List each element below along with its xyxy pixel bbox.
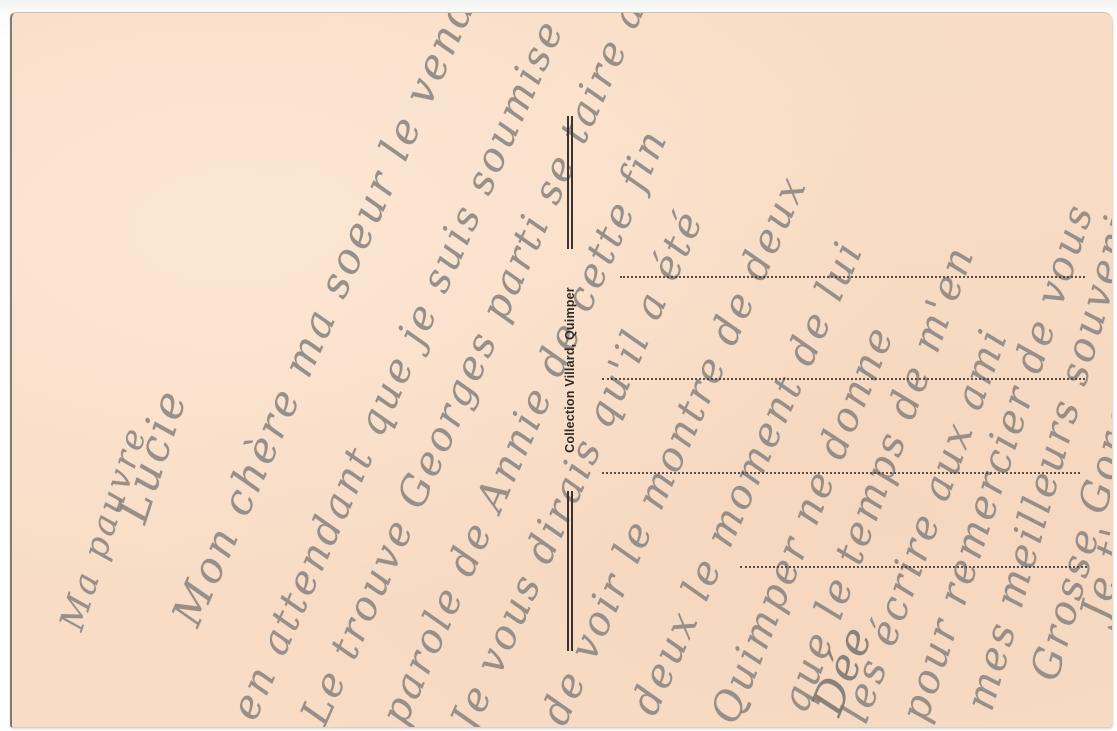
address-line-3 bbox=[602, 472, 1080, 474]
divider-line-top bbox=[567, 116, 573, 249]
address-line-2 bbox=[602, 378, 1085, 380]
postcard-back: Ma pauvre Lucie Mon chère ma soeur le ve… bbox=[10, 12, 1113, 728]
scan-background: Ma pauvre Lucie Mon chère ma soeur le ve… bbox=[0, 0, 1117, 731]
publisher-imprint-text: Collection Villard, Quimper bbox=[563, 287, 577, 453]
divider-line-bottom bbox=[567, 491, 573, 651]
address-line-1 bbox=[620, 276, 1085, 278]
address-line-4 bbox=[740, 566, 1087, 568]
